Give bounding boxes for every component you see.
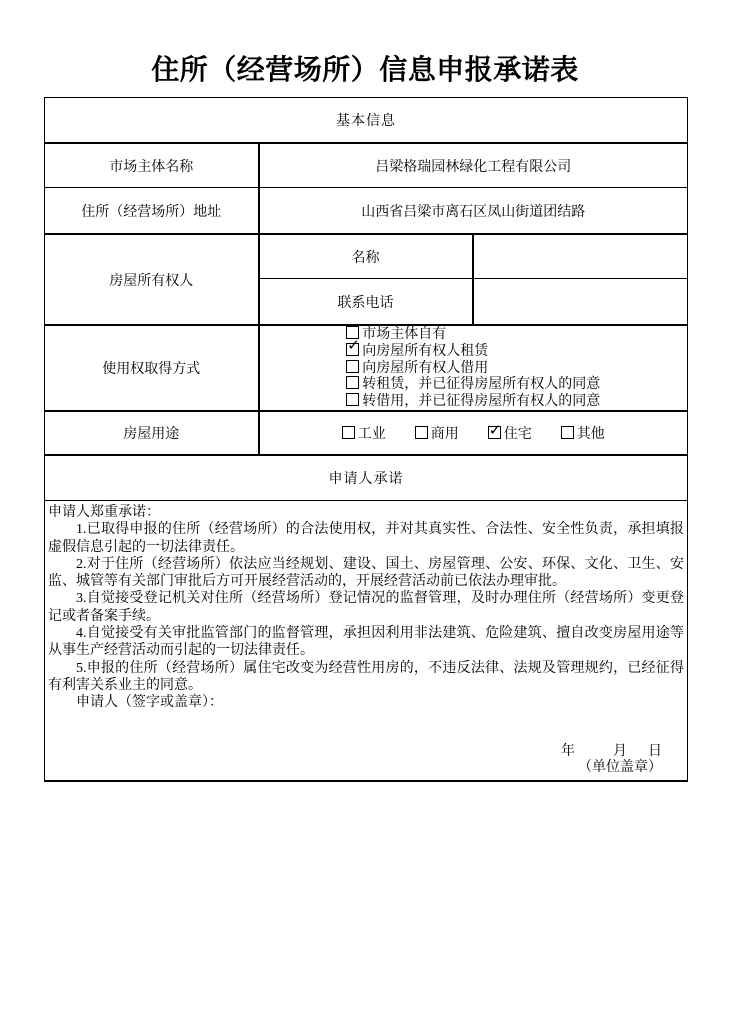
usage-option: 向房屋所有权人租赁 xyxy=(346,343,600,360)
checkbox-icon xyxy=(342,426,355,439)
house-use-option-label: 住宅 xyxy=(504,427,532,442)
owner-phone-label-cell: 联系电话 xyxy=(259,279,473,326)
commitment-item: 3.自觉接受登记机关对住所（经营场所）登记情况的监督管理，及时办理住所（经营场所… xyxy=(48,590,684,625)
owner-name-label-cell: 名称 xyxy=(259,234,473,279)
house-use-option: 商用 xyxy=(415,423,459,443)
house-use-option: 工业 xyxy=(342,423,386,443)
commitment-item: 1.已取得申报的住所（经营场所）的合法使用权，并对其真实性、合法性、安全性负责，… xyxy=(48,521,684,556)
checkbox-icon xyxy=(346,393,359,406)
usage-option-label: 市场主体自有 xyxy=(362,327,446,342)
house-use-options-list: 工业 商用 住宅 其他 xyxy=(260,423,688,443)
house-use-label-cell: 房屋用途 xyxy=(45,411,259,455)
basic-info-section-header: 基本信息 xyxy=(45,98,688,144)
date-line: 年月日 xyxy=(561,744,662,760)
owner-phone-value-cell xyxy=(473,279,688,326)
checkbox-icon xyxy=(561,426,574,439)
commitment-item: 2.对于住所（经营场所）依法应当经规划、建设、国土、房屋管理、公安、环保、文化、… xyxy=(48,556,684,591)
commitment-intro: 申请人郑重承诺： xyxy=(48,504,684,521)
owner-label-cell: 房屋所有权人 xyxy=(45,234,259,325)
checkbox-icon xyxy=(346,376,359,389)
date-year-label: 年 xyxy=(561,744,575,759)
signature-label: 申请人（签字或盖章）： xyxy=(48,694,684,711)
usage-option-label: 向房屋所有权人租赁 xyxy=(362,344,488,359)
usage-option-label: 转租赁，并已征得房屋所有权人的同意 xyxy=(362,377,600,392)
owner-name-value-cell xyxy=(473,234,688,279)
house-use-option-label: 商用 xyxy=(431,427,459,442)
address-value-cell: 山西省吕梁市离石区凤山街道团结路 xyxy=(259,188,688,235)
usage-right-options-list: 市场主体自有 向房屋所有权人租赁 向房屋所有权人借用 转租赁，并已征得房屋所有权… xyxy=(346,326,600,410)
address-label-cell: 住所（经营场所）地址 xyxy=(45,188,259,235)
checkbox-icon xyxy=(488,426,501,439)
house-use-option: 住宅 xyxy=(488,423,532,443)
date-day-label: 日 xyxy=(648,744,662,759)
usage-option-label: 向房屋所有权人借用 xyxy=(362,361,488,376)
usage-option-label: 转借用，并已征得房屋所有权人的同意 xyxy=(362,394,600,409)
usage-option: 转租赁，并已征得房屋所有权人的同意 xyxy=(346,376,600,393)
commitment-item: 5.申报的住所（经营场所）属住宅改变为经营性用房的，不违反法律、法规及管理规约，… xyxy=(48,660,684,695)
commitment-item: 4.自觉接受有关审批监管部门的监督管理，承担因利用非法建筑、危险建筑、擅自改变房… xyxy=(48,625,684,660)
checkbox-icon xyxy=(346,343,359,356)
page-title: 住所（经营场所）信息申报承诺表 xyxy=(0,48,730,88)
usage-right-label-cell: 使用权取得方式 xyxy=(45,325,259,411)
checkbox-icon xyxy=(346,360,359,373)
date-month-label: 月 xyxy=(613,744,627,759)
commitment-section-header: 申请人承诺 xyxy=(45,455,688,501)
usage-option: 市场主体自有 xyxy=(346,326,600,343)
usage-option: 向房屋所有权人借用 xyxy=(346,360,600,377)
house-use-option: 其他 xyxy=(561,423,605,443)
entity-name-value-cell: 吕梁格瑞园林绿化工程有限公司 xyxy=(259,143,688,188)
seal-note: （单位盖章） xyxy=(561,760,662,776)
entity-name-label-cell: 市场主体名称 xyxy=(45,143,259,188)
usage-option: 转借用，并已征得房屋所有权人的同意 xyxy=(346,393,600,410)
commitment-body-cell: 申请人郑重承诺： 1.已取得申报的住所（经营场所）的合法使用权，并对其真实性、合… xyxy=(45,500,688,781)
date-seal-block: 年月日 （单位盖章） xyxy=(561,744,662,776)
checkbox-icon xyxy=(415,426,428,439)
house-use-option-label: 工业 xyxy=(358,427,386,442)
usage-right-options-cell: 市场主体自有 向房屋所有权人租赁 向房屋所有权人借用 转租赁，并已征得房屋所有权… xyxy=(259,325,688,411)
house-use-options-cell: 工业 商用 住宅 其他 xyxy=(259,411,688,455)
house-use-option-label: 其他 xyxy=(577,427,605,442)
declaration-form-table: 基本信息 市场主体名称 吕梁格瑞园林绿化工程有限公司 住所（经营场所）地址 山西… xyxy=(44,97,688,782)
